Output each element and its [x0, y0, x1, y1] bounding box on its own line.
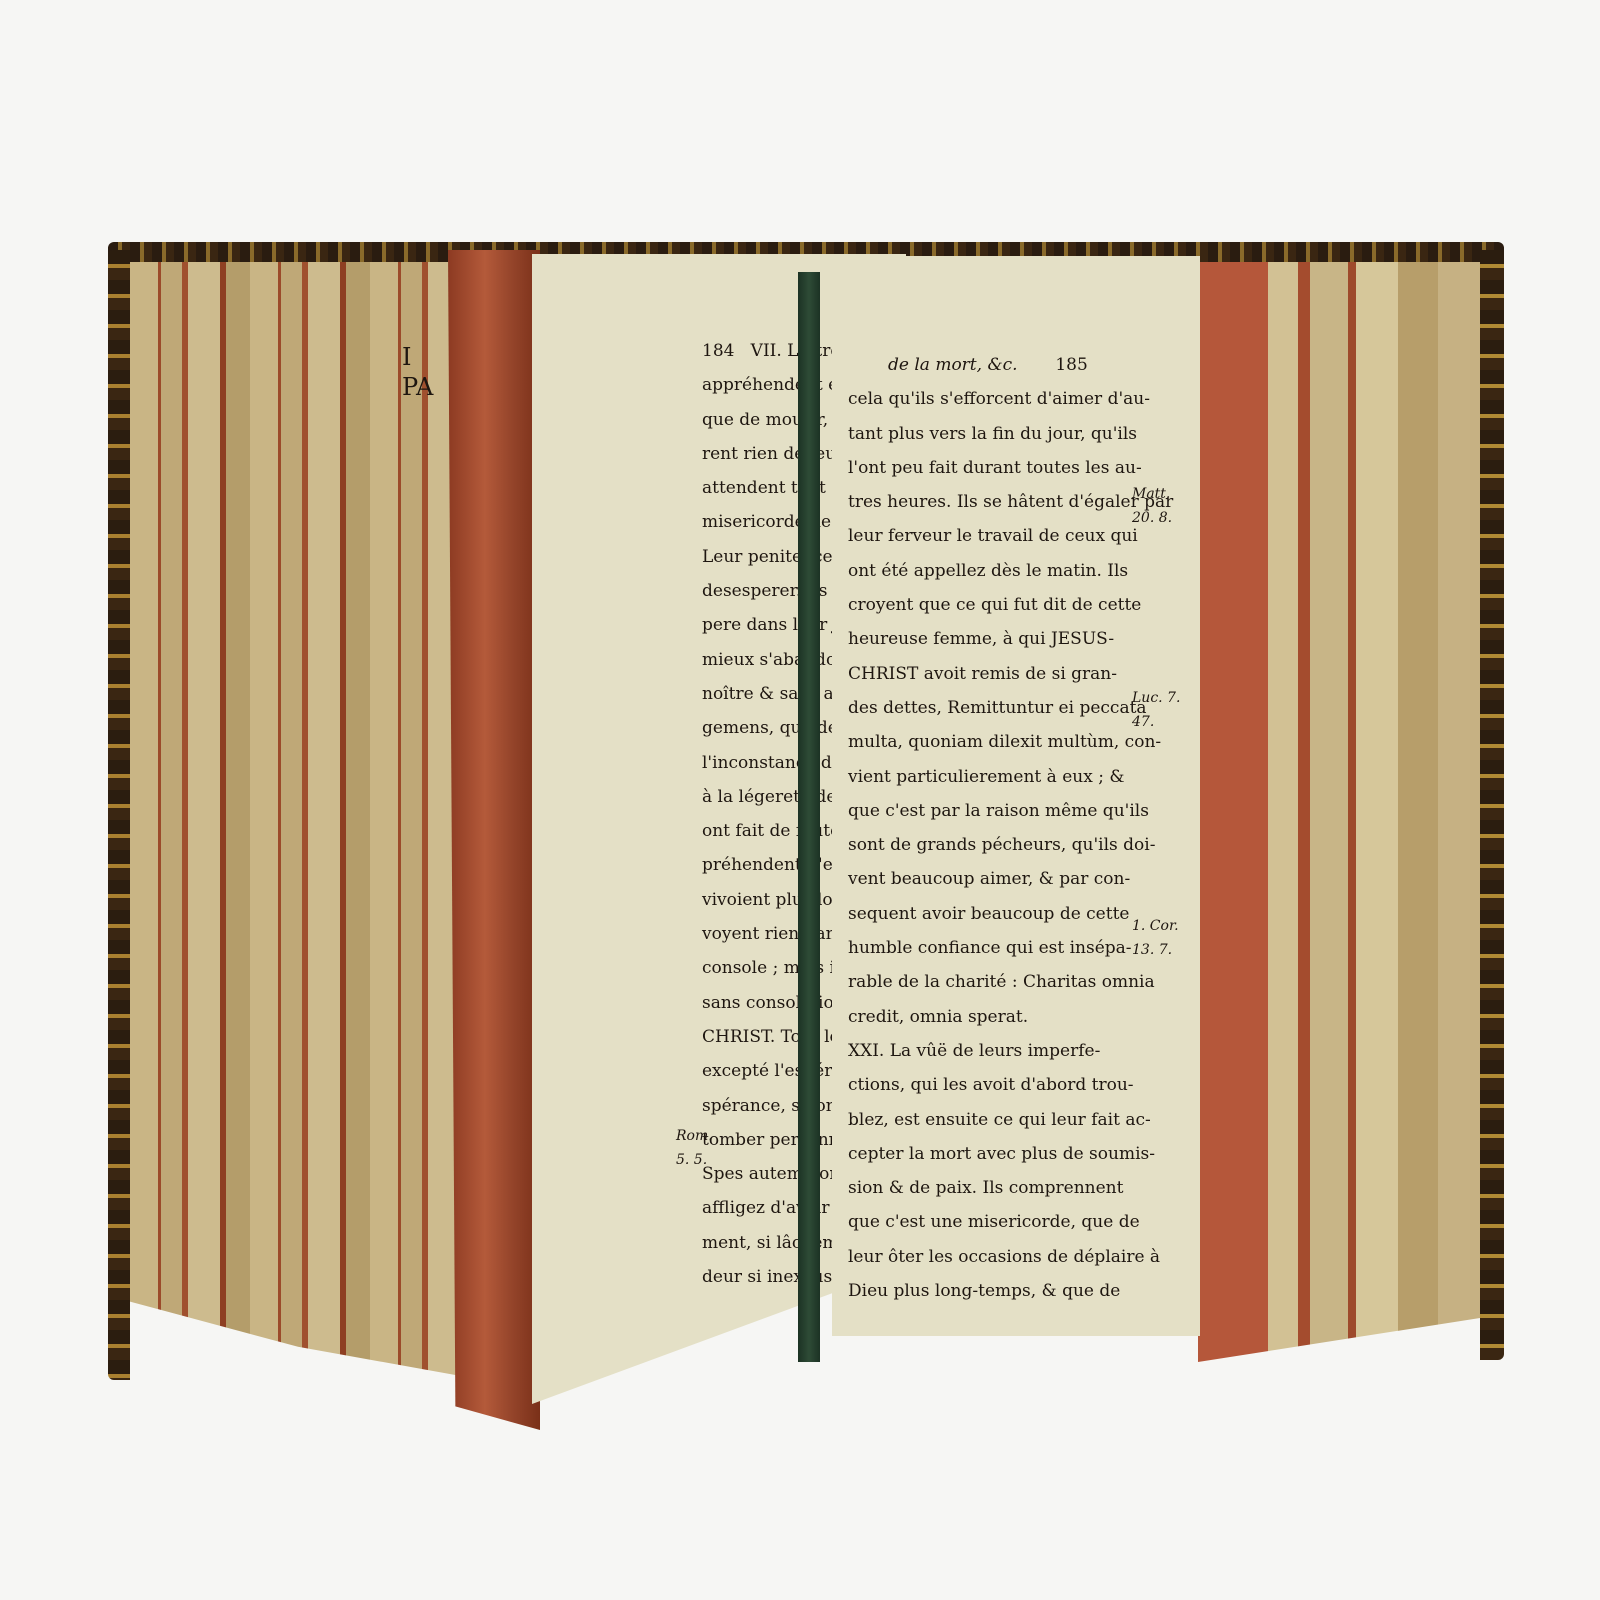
- margin-note-luke: Luc. 7. 47.: [1132, 686, 1180, 734]
- text-line: ctions, qui les avoit d'abord trou-: [848, 1068, 1173, 1102]
- margin-note-matthew: Matt. 20. 8.: [1132, 482, 1172, 530]
- text-line: rable de la charité : Charitas omnia: [848, 965, 1173, 999]
- text-line: croyent que ce qui fut dit de cette: [848, 588, 1173, 622]
- text-line: credit, omnia sperat.: [848, 1000, 1173, 1034]
- text-line: ont été appellez dès le matin. Ils: [848, 554, 1173, 588]
- text-line: leur ferveur le travail de ceux qui: [848, 519, 1173, 553]
- margin-note-romans: Rom. 5. 5.: [676, 1124, 713, 1172]
- margin-note-corinthians: 1. Cor. 13. 7.: [1132, 914, 1179, 962]
- right-page-text: de la mort, &c. 185 cela qu'ils s'efforc…: [848, 348, 1173, 1308]
- text-line: que c'est une misericorde, que de: [848, 1205, 1173, 1239]
- text-line: tant plus vers la fin du jour, qu'ils: [848, 417, 1173, 451]
- text-line: XXI. La vûë de leurs imperfe-: [848, 1034, 1173, 1068]
- fanned-page-title-fragment: I PA: [402, 342, 433, 402]
- text-line: que c'est par la raison même qu'ils: [848, 794, 1173, 828]
- green-spine-gutter: [798, 272, 820, 1362]
- text-line: heureuse femme, à qui JESUS-: [848, 622, 1173, 656]
- running-title-italic: de la mort, &c.: [888, 355, 1018, 375]
- text-line: humble confiance qui est insépa-: [848, 931, 1173, 965]
- text-line: multa, quoniam dilexit multùm, con-: [848, 725, 1173, 759]
- text-line: l'ont peu fait durant toutes les au-: [848, 451, 1173, 485]
- open-book: I PA 184 VII. Lettre, Sur le desir appré…: [108, 242, 1504, 1402]
- text-line: sont de grands pécheurs, qu'ils doi-: [848, 828, 1173, 862]
- right-page-header: de la mort, &c. 185: [848, 348, 1173, 382]
- gilt-cover-left-border: [108, 250, 130, 1380]
- right-page: de la mort, &c. 185 cela qu'ils s'efforc…: [832, 256, 1200, 1336]
- text-line: CHRIST avoit remis de si gran-: [848, 657, 1173, 691]
- right-page-edges: [1198, 262, 1480, 1362]
- page-number: 184: [702, 341, 734, 361]
- text-line: tres heures. Ils se hâtent d'égaler par: [848, 485, 1173, 519]
- text-line: Dieu plus long-temps, & que de: [848, 1274, 1173, 1308]
- text-line: cepter la mort avec plus de soumis-: [848, 1137, 1173, 1171]
- text-line: blez, est ensuite ce qui leur fait ac-: [848, 1103, 1173, 1137]
- text-line: vient particulierement à eux ; &: [848, 760, 1173, 794]
- text-line: sequent avoir beaucoup de cette: [848, 897, 1173, 931]
- gilt-cover-right-border: [1480, 250, 1504, 1360]
- text-line: leur ôter les occasions de déplaire à: [848, 1240, 1173, 1274]
- text-line: vent beaucoup aimer, & par con-: [848, 862, 1173, 896]
- text-line: sion & de paix. Ils comprennent: [848, 1171, 1173, 1205]
- text-line: des dettes, Remittuntur ei peccata: [848, 691, 1173, 725]
- red-speckled-edge-left: [448, 250, 540, 1430]
- page-number: 185: [1055, 355, 1087, 375]
- text-line: cela qu'ils s'efforcent d'aimer d'au-: [848, 382, 1173, 416]
